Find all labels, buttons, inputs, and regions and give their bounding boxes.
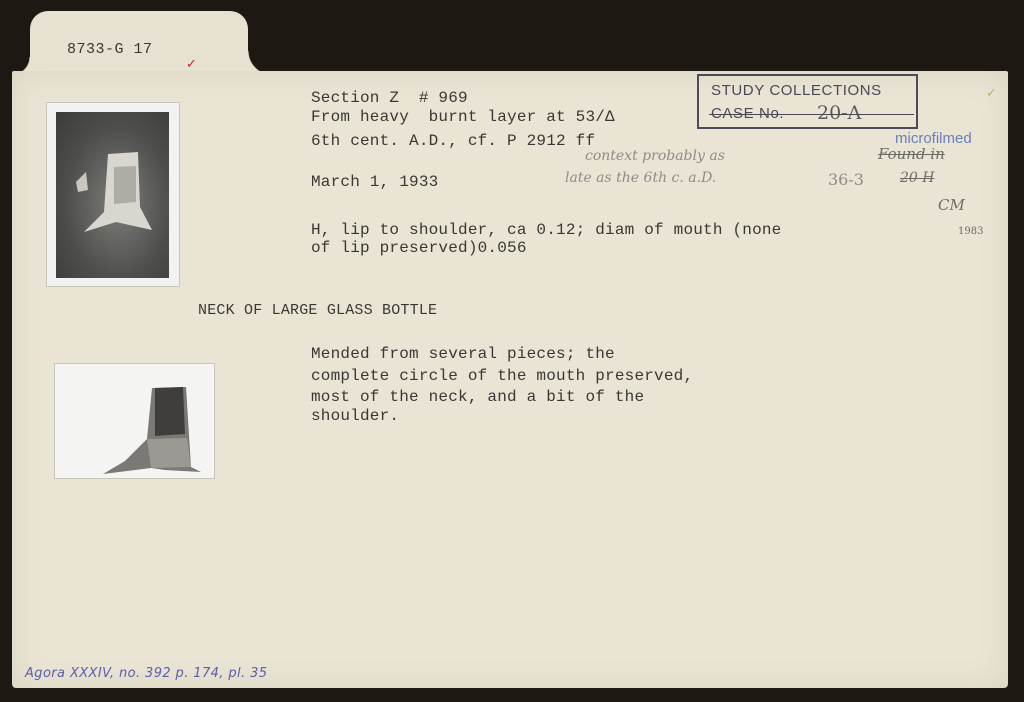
object-title: NECK OF LARGE GLASS BOTTLE bbox=[198, 301, 437, 321]
date-found: March 1, 1933 bbox=[311, 172, 438, 192]
stamp-title: STUDY COLLECTIONS bbox=[711, 82, 882, 99]
initials: CM bbox=[938, 196, 965, 214]
handwritten-note-line2: late as the 6th c. a.D. bbox=[565, 170, 716, 186]
study-collections-stamp: STUDY COLLECTIONS CASE No. 20-A bbox=[697, 74, 918, 129]
dimensions-line1: H, lip to shoulder, ca 0.12; diam of mou… bbox=[311, 220, 781, 240]
section-line: Section Z # 969 bbox=[311, 88, 468, 108]
card-index-tab: 8733-G 17 ✓ bbox=[30, 11, 248, 75]
description-line2: complete circle of the mouth preserved, bbox=[311, 366, 693, 386]
green-check-icon: ✓ bbox=[986, 86, 997, 101]
handwritten-number: 36-3 bbox=[828, 170, 864, 189]
photo-fragments-image bbox=[56, 112, 169, 278]
stamp-case-value: 20-A bbox=[817, 102, 861, 124]
photo-fragments bbox=[46, 102, 180, 287]
description-line4: shoulder. bbox=[311, 406, 399, 426]
bibliography-note: Agora XXXIV, no. 392 p. 174, pl. 35 bbox=[25, 666, 267, 681]
struck-found-in: Found in bbox=[878, 145, 945, 163]
date-reference-line: 6th cent. A.D., cf. P 2912 ff bbox=[311, 131, 595, 151]
red-check-icon: ✓ bbox=[186, 57, 197, 72]
initials-year: 1983 bbox=[958, 226, 983, 237]
findspot-line: From heavy burnt layer at 53/Δ bbox=[311, 107, 615, 127]
handwritten-note-line1: context probably as bbox=[585, 148, 725, 164]
stamp-strikethrough bbox=[709, 114, 914, 115]
photo-mended-neck bbox=[54, 363, 215, 479]
struck-location: 20 H bbox=[900, 170, 934, 186]
description-line3: most of the neck, and a bit of the bbox=[311, 387, 644, 407]
description-line1: Mended from several pieces; the bbox=[311, 344, 615, 364]
bottle-neck-image bbox=[55, 364, 214, 478]
inventory-number: 8733-G 17 bbox=[67, 41, 153, 58]
dimensions-line2: of lip preserved)0.056 bbox=[311, 238, 527, 258]
